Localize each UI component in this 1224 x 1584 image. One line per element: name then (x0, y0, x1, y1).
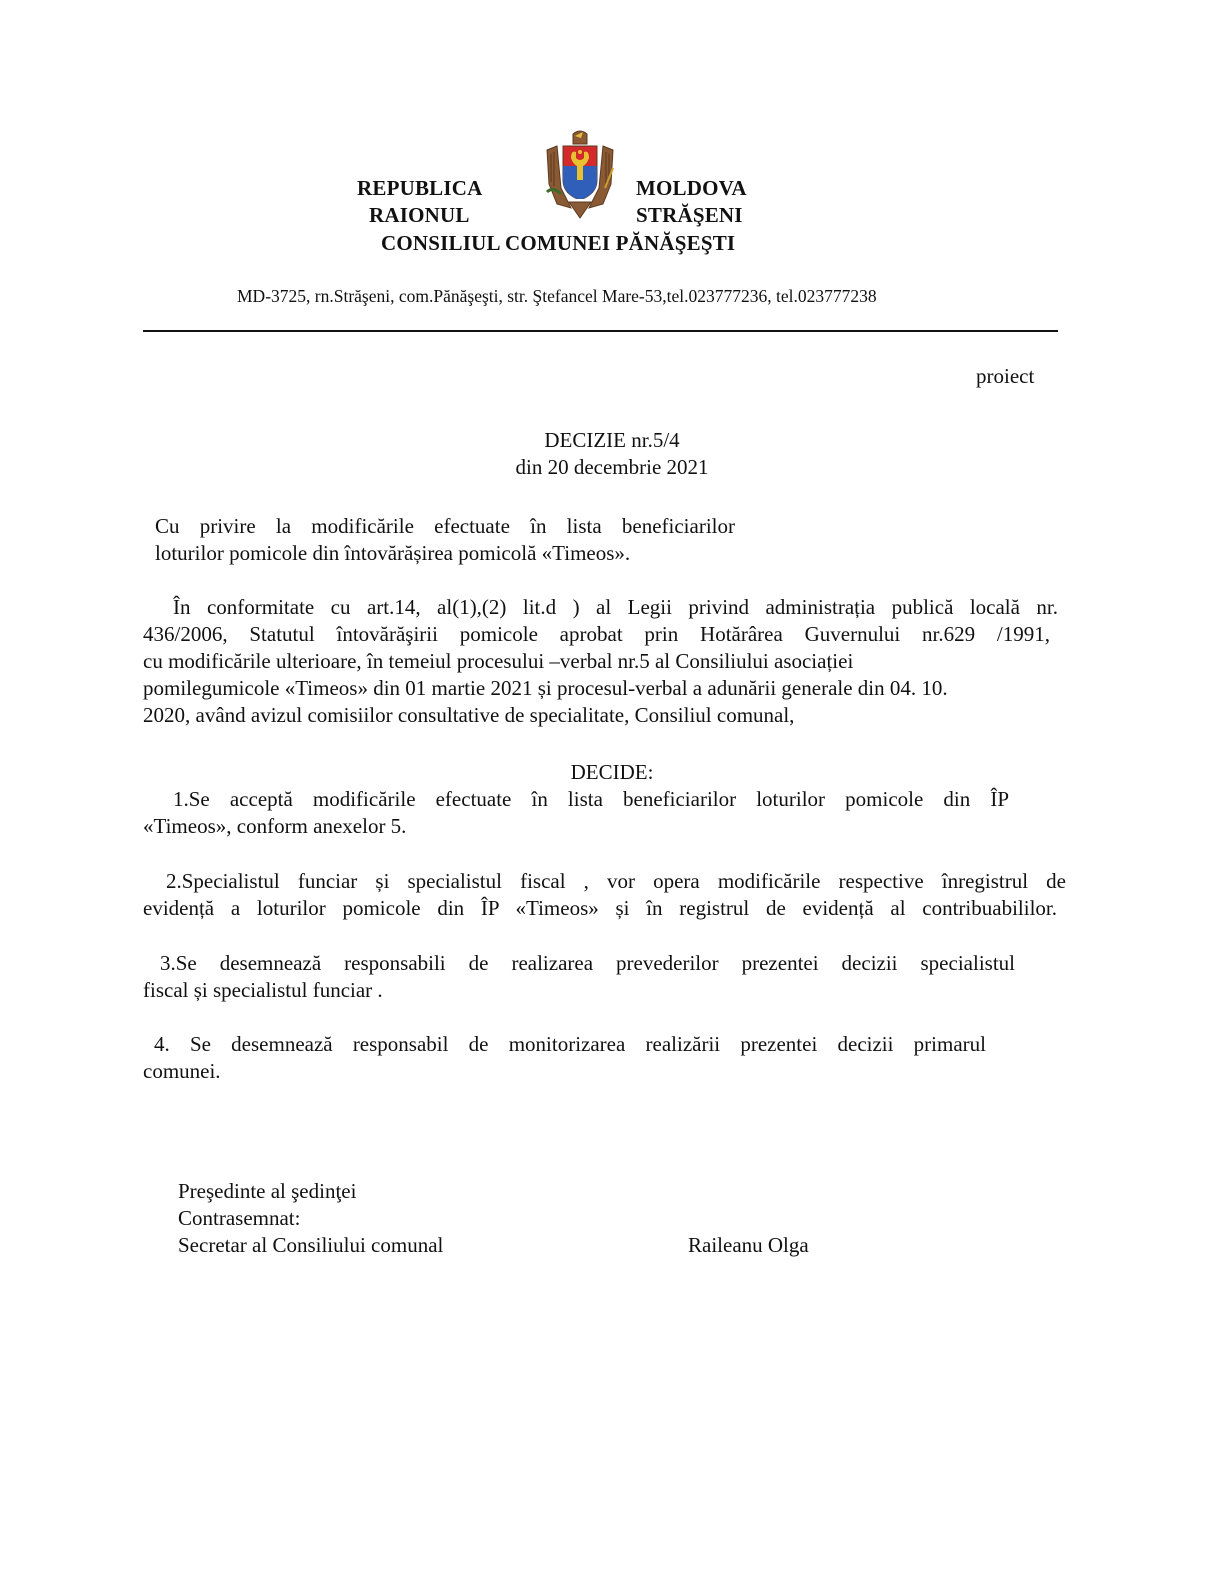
decision-title: DECIZIE nr.5/4 (0, 428, 1224, 452)
header-address: MD-3725, rn.Străşeni, com.Pănăşeşti, str… (237, 286, 877, 307)
point-line: «Timeos», conform anexelor 5. (143, 814, 406, 838)
header-republica: REPUBLICA (357, 176, 482, 201)
header-straseni: STRĂŞENI (636, 203, 743, 228)
preamble-line: 436/2006, Statutul întovărăşirii pomicol… (143, 622, 1050, 646)
moldova-coat-of-arms-icon (543, 128, 617, 222)
point-4: 4. Se desemnează responsabil de monitori… (154, 1032, 986, 1056)
point-line: 4. Se desemnează responsabil de monitori… (154, 1032, 986, 1056)
signature-secretary-title: Secretar al Consiliului comunal (178, 1233, 443, 1257)
point-1: 1.Se acceptă modificările efectuate în l… (173, 787, 1009, 811)
header-council-name: CONSILIUL COMUNEI PĂNĂŞEŞTI (381, 231, 735, 256)
header-raionul: RAIONUL (369, 203, 470, 228)
subject-line: Cu privire la modificările efectuate în … (155, 514, 735, 538)
point-3: 3.Se desemnează responsabili de realizar… (160, 951, 1015, 975)
point-line: 1.Se acceptă modificările efectuate în l… (173, 787, 1009, 811)
decide-heading: DECIDE: (0, 760, 1224, 784)
signature-secretary-name: Raileanu Olga (688, 1233, 809, 1257)
point-text: evidență a loturilor pomicole din ÎP «Ti… (143, 896, 1057, 920)
preamble-line: În conformitate cu art.14, al(1),(2) lit… (173, 595, 1058, 619)
point-line: fiscal și specialistul funciar . (143, 978, 383, 1002)
preamble-line: pomilegumicole «Timeos» din 01 martie 20… (143, 676, 948, 700)
header-divider (143, 330, 1058, 332)
preamble-line: 2020, având avizul comisiilor consultati… (143, 703, 794, 727)
decision-subject: Cu privire la modificările efectuate în … (155, 514, 735, 538)
header-moldova: MOLDOVA (636, 176, 747, 201)
point-line: 3.Se desemnează responsabili de realizar… (160, 951, 1015, 975)
signature-president: Preşedinte al şedinţei (178, 1179, 356, 1203)
signature-countersigned: Contrasemnat: (178, 1206, 300, 1230)
preamble-text: 436/2006, Statutul întovărăşirii pomicol… (143, 622, 1050, 646)
point-line: evidență a loturilor pomicole din ÎP «Ti… (143, 896, 1057, 920)
point-line: comunei. (143, 1059, 221, 1083)
decision-date: din 20 decembrie 2021 (0, 455, 1224, 479)
point-line: 2.Specialistul funciar și specialistul f… (166, 869, 1066, 893)
subject-line: loturilor pomicole din întovărășirea pom… (155, 541, 630, 565)
point-2: 2.Specialistul funciar și specialistul f… (166, 869, 1066, 893)
preamble-line: cu modificările ulterioare, în temeiul p… (143, 649, 853, 673)
preamble-text: În conformitate cu art.14, al(1),(2) lit… (173, 595, 1058, 619)
status-label: proiect (976, 364, 1034, 388)
